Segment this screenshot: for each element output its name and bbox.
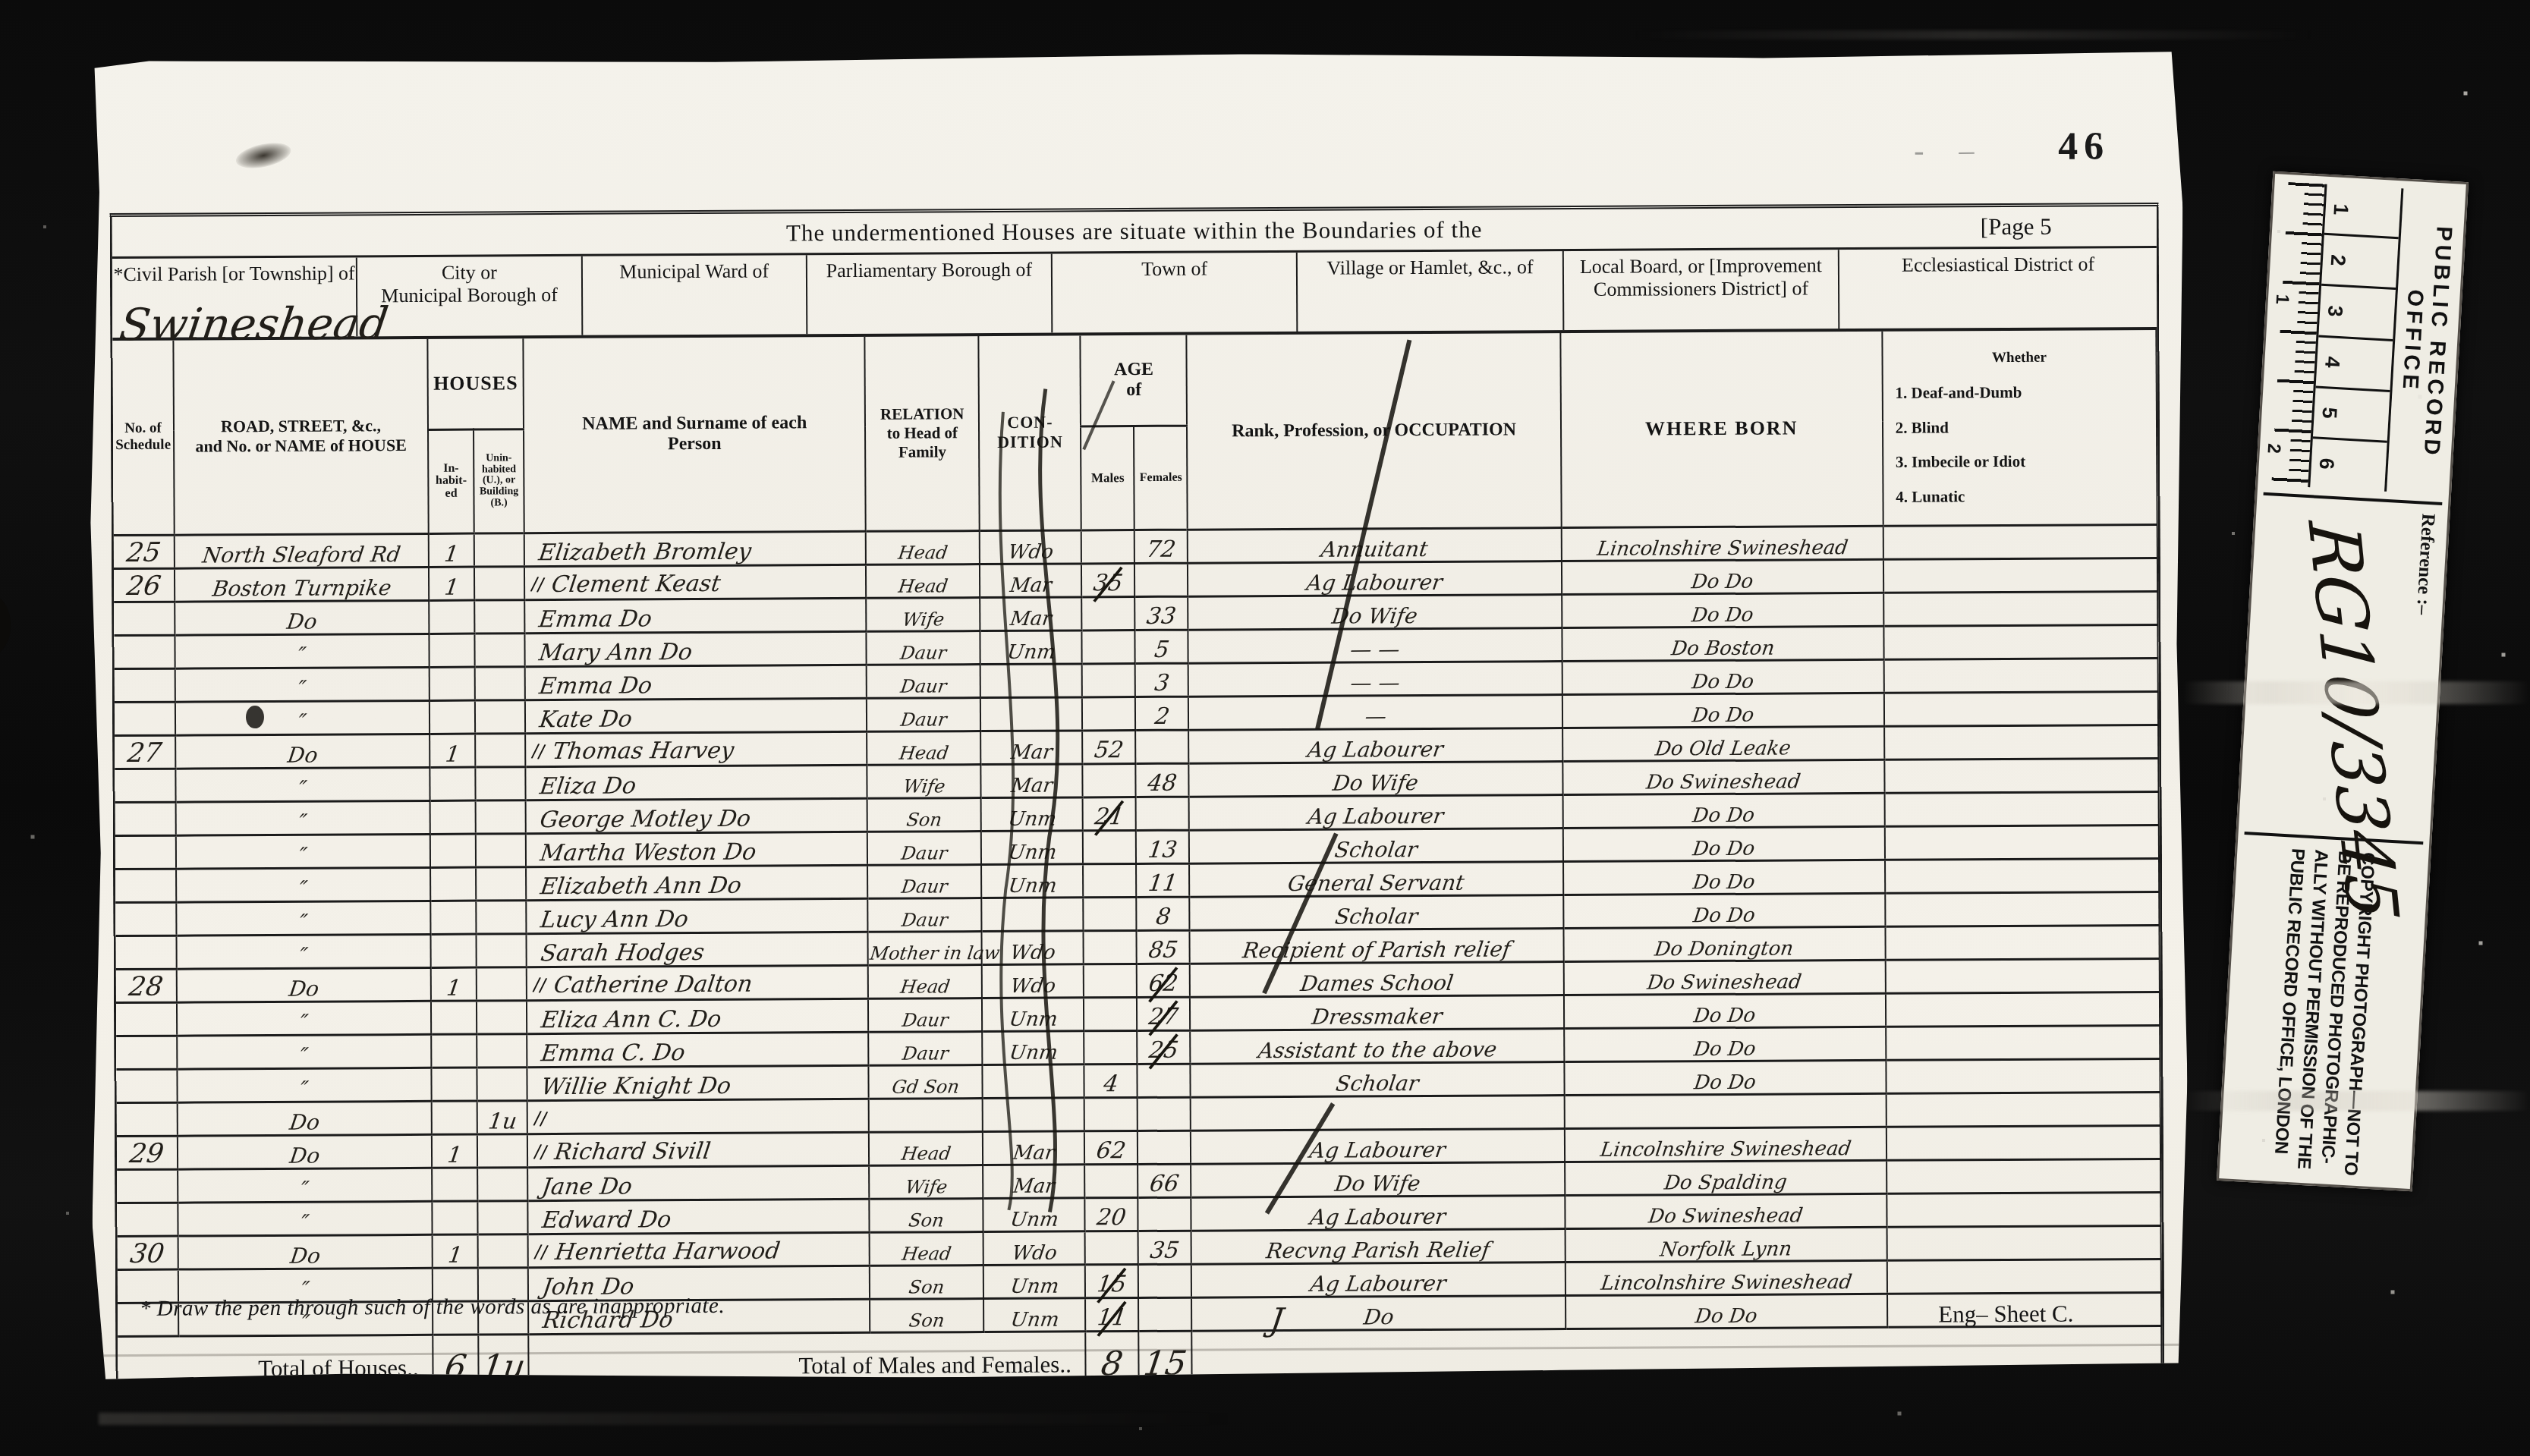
cell-infirmity xyxy=(1883,558,2157,593)
cell-condition: Mar xyxy=(981,764,1083,798)
geo-cell-municipal-ward: Municipal Ward of xyxy=(582,255,807,335)
total-houses-uninhabited: 1u xyxy=(478,1334,528,1399)
col-header-inhabited: In- habit- ed xyxy=(428,429,474,533)
pro-reference-section: Reference :– RG10/3345 xyxy=(2245,492,2443,841)
scan-streak xyxy=(2182,681,2530,704)
cell-relation: Head xyxy=(867,731,980,765)
cell-schedule-number xyxy=(117,1169,178,1203)
cell-infirmity xyxy=(1884,691,2158,726)
cell-road-street: ″ xyxy=(177,1068,431,1102)
cell-houses-inhabited: 1 xyxy=(432,1134,477,1168)
cell-road-street: ″ xyxy=(177,1034,431,1069)
cell-schedule-number xyxy=(115,668,175,702)
cell-age-female xyxy=(1138,1297,1191,1331)
cell-age-female xyxy=(1138,1131,1191,1164)
cell-infirmity xyxy=(1885,858,2159,893)
cell-age-female: 35 xyxy=(1138,1231,1191,1264)
cell-road-street: ″ xyxy=(177,934,431,969)
cell-where-born: Do Do xyxy=(1563,893,1885,928)
cell-houses-inhabited xyxy=(432,1101,477,1134)
cell-infirmity xyxy=(1886,1092,2160,1127)
ink-smudge xyxy=(234,138,294,172)
cell-person-name: //Thomas Harvey xyxy=(525,731,867,766)
cell-infirmity xyxy=(1884,791,2158,826)
cell-where-born: Do Do xyxy=(1562,693,1883,728)
cell-road-street: Boston Turnpike xyxy=(175,567,429,602)
cell-relation: Mother in law xyxy=(868,931,982,965)
cell-person-name: Emma Do xyxy=(524,598,866,633)
cell-person-name: Lucy Ann Do xyxy=(526,898,867,933)
cell-road-street: ″ xyxy=(176,800,430,835)
cell-age-male xyxy=(1082,697,1135,730)
cell-houses-uninhabited xyxy=(474,566,524,599)
cell-where-born: Do Boston xyxy=(1562,626,1883,661)
pro-ruler-section: PUBLIC RECORD OFFICE 1 2 3 4 5 6 1 2 xyxy=(2264,181,2459,495)
cell-condition: Unm xyxy=(981,831,1083,865)
totals-row: Total of Houses.. 6 1u Total of Males an… xyxy=(118,1325,2161,1401)
scanned-census-page: { "page_number": "46", "pencil_marks": "… xyxy=(0,0,2530,1456)
cell-schedule-number xyxy=(115,802,176,835)
cell-where-born: Norfolk Lynn xyxy=(1565,1227,1886,1262)
cell-houses-inhabited xyxy=(430,634,475,667)
cell-road-street: ″ xyxy=(178,1168,432,1203)
cell-condition: Wdo xyxy=(982,964,1084,998)
cell-schedule-number xyxy=(115,869,176,902)
cell-relation: Wife xyxy=(869,1165,983,1199)
cell-person-name: Martha Weston Do xyxy=(526,832,867,866)
cell-age-female xyxy=(1138,1064,1191,1097)
cell-schedule-number: 25 xyxy=(114,535,175,568)
cell-occupation: Ag Labourer xyxy=(1188,561,1561,596)
cell-houses-uninhabited xyxy=(475,733,525,766)
cell-infirmity xyxy=(1885,825,2159,860)
cell-schedule-number: 29 xyxy=(117,1136,178,1169)
cell-road-street: ″ xyxy=(175,767,430,802)
cell-relation: Daur xyxy=(868,898,982,932)
cell-age-male xyxy=(1085,1164,1138,1197)
cell-where-born xyxy=(1564,1093,1886,1128)
census-table: No. of Schedule ROAD, STREET, &c., and N… xyxy=(112,330,2162,1401)
cell-houses-uninhabited xyxy=(477,1167,527,1200)
reference-label: Reference :– xyxy=(2399,513,2438,832)
cell-age-female: 3 xyxy=(1135,663,1188,697)
cell-where-born: Do Do xyxy=(1562,593,1883,627)
cell-condition: Unm xyxy=(981,864,1083,898)
cell-houses-inhabited xyxy=(430,867,476,901)
cell-age-male: 11 xyxy=(1085,1297,1138,1331)
cell-age-female: 2 xyxy=(1135,697,1188,730)
cell-person-name: Sarah Hodges xyxy=(527,932,868,967)
cell-person-name: Eliza Ann C. Do xyxy=(527,998,868,1033)
census-rows: 25 North Sleaford Rd 1 Elizabeth Bromley… xyxy=(114,524,2161,1336)
cell-houses-uninhabited xyxy=(476,866,526,900)
cell-age-female xyxy=(1138,1197,1191,1231)
cell-infirmity xyxy=(1884,725,2158,759)
cell-condition: Mar xyxy=(980,731,1082,765)
cell-where-born: Do Do xyxy=(1563,860,1885,895)
cell-road-street: ″ xyxy=(176,867,430,902)
cell-person-name: Emma C. Do xyxy=(527,1032,868,1067)
cell-condition: Mar xyxy=(983,1131,1084,1165)
cell-occupation: Do xyxy=(1191,1295,1565,1331)
cell-condition: Unm xyxy=(983,1198,1085,1232)
cell-age-female xyxy=(1138,1097,1191,1131)
cell-infirmity xyxy=(1886,992,2160,1027)
cell-relation: Daur xyxy=(867,664,980,698)
cell-schedule-number xyxy=(114,602,175,635)
cell-houses-uninhabited xyxy=(475,666,525,700)
cell-infirmity xyxy=(1883,591,2157,626)
cell-where-born: Lincolnshire Swineshead xyxy=(1561,526,1883,561)
cell-houses-inhabited xyxy=(430,800,476,834)
cell-age-male xyxy=(1084,897,1137,930)
cell-person-name: Kate Do xyxy=(525,698,867,733)
col-header-relation: RELATION to Head of Family xyxy=(865,336,980,531)
cell-age-male xyxy=(1082,630,1135,663)
cell-occupation: — xyxy=(1188,694,1562,730)
cell-age-male xyxy=(1082,663,1135,697)
cell-condition: Unm xyxy=(981,797,1083,832)
cell-relation: Son xyxy=(870,1298,983,1332)
cell-age-male xyxy=(1084,964,1137,997)
scan-streak xyxy=(99,1413,1237,1425)
geo-cell-local-board: Local Board, or [Improvement Commissione… xyxy=(1563,250,1839,330)
cell-occupation: Annuitant xyxy=(1188,527,1561,563)
cell-relation: Daur xyxy=(867,864,981,898)
cell-person-name: Elizabeth Ann Do xyxy=(526,865,867,900)
cell-condition: Mar xyxy=(980,564,1081,598)
cell-houses-uninhabited xyxy=(476,900,526,933)
cell-occupation: Dressmaker xyxy=(1190,995,1563,1030)
cell-relation: Head xyxy=(868,964,982,998)
cell-infirmity xyxy=(1885,958,2159,993)
cell-condition: Unm xyxy=(980,631,1082,665)
cell-houses-uninhabited xyxy=(477,1200,527,1234)
cell-where-born: Do Do xyxy=(1566,1294,1887,1329)
cell-person-name: //Henrietta Harwood xyxy=(528,1232,870,1267)
col-header-occupation: Rank, Profession, or OCCUPATION xyxy=(1187,333,1562,530)
cell-age-female xyxy=(1134,563,1188,596)
cell-occupation: Scholar xyxy=(1191,1061,1564,1097)
cell-where-born: Do Old Leake xyxy=(1562,726,1884,761)
cell-occupation: Scholar xyxy=(1189,828,1562,863)
col-header-males: Males xyxy=(1081,426,1134,530)
cell-where-born: Do Do xyxy=(1562,826,1884,861)
cell-relation: Son xyxy=(870,1265,983,1299)
cell-person-name: Jane Do xyxy=(527,1165,869,1200)
cell-age-female: 8 xyxy=(1137,897,1190,930)
cell-where-born: Do Donington xyxy=(1563,926,1885,961)
cell-condition xyxy=(980,664,1082,698)
cell-condition: Unm xyxy=(982,998,1084,1032)
cell-infirmity xyxy=(1885,892,2159,926)
cell-road-street: ″ xyxy=(175,634,429,668)
cell-schedule-number xyxy=(117,1102,178,1136)
cell-infirmity xyxy=(1883,658,2157,693)
col-header-uninhabited: Unin- habited (U.), or Building (B.) xyxy=(474,429,524,533)
census-sheet: 46 - – The undermentioned Houses are sit… xyxy=(86,49,2189,1382)
cell-where-born: Do Do xyxy=(1564,1027,1886,1061)
civil-parish-value: Swineshead xyxy=(117,301,391,347)
cell-houses-inhabited: 1 xyxy=(433,1234,478,1268)
cell-relation: Gd Son xyxy=(869,1064,983,1099)
cell-infirmity xyxy=(1884,758,2158,793)
geo-cell-village-hamlet: Village or Hamlet, &c., of xyxy=(1298,251,1564,332)
col-header-condition: CON- DITION xyxy=(979,335,1081,530)
cell-occupation: General Servant xyxy=(1189,861,1562,897)
cell-occupation: Ag Labourer xyxy=(1191,1262,1565,1297)
total-females: 15 xyxy=(1139,1331,1192,1396)
pencil-marks: - – xyxy=(1914,132,1988,168)
cell-houses-inhabited xyxy=(429,600,474,634)
cell-person-name: //Clement Keast xyxy=(524,564,866,599)
cell-houses-uninhabited xyxy=(478,1234,528,1267)
cell-where-born: Do Do xyxy=(1562,559,1883,594)
cell-infirmity xyxy=(1885,925,2159,960)
cell-age-female: 62 xyxy=(1137,964,1190,997)
cell-person-name: Emma Do xyxy=(525,665,867,700)
cell-houses-uninhabited xyxy=(474,599,524,633)
col-header-road: ROAD, STREET, &c., and No. or NAME of HO… xyxy=(173,339,428,535)
cell-condition: Unm xyxy=(983,1265,1085,1299)
col-header-name: NAME and Surname of each Person xyxy=(524,337,866,533)
cell-houses-uninhabited xyxy=(475,633,525,666)
cell-occupation: Assistant to the above xyxy=(1191,1028,1564,1064)
geography-header-row: *Civil Parish [or Township] of Swineshea… xyxy=(112,248,2157,341)
cell-occupation xyxy=(1191,1095,1564,1131)
total-houses-inhabited: 6 xyxy=(433,1335,478,1400)
cell-condition: Wdo xyxy=(980,530,1081,564)
cell-houses-uninhabited xyxy=(477,933,527,967)
cell-age-male xyxy=(1084,1030,1138,1064)
page-number: 46 xyxy=(2058,124,2110,168)
cell-occupation: Recvng Parish Relief xyxy=(1191,1228,1565,1264)
cell-houses-inhabited xyxy=(430,901,476,934)
cell-condition: Unm xyxy=(983,1031,1084,1065)
cell-condition: Mar xyxy=(983,1165,1084,1199)
cell-age-female: 33 xyxy=(1135,596,1188,630)
cell-occupation: Ag Labourer xyxy=(1191,1195,1565,1231)
cell-where-born: Do Do xyxy=(1564,993,1886,1028)
cell-age-male xyxy=(1084,1097,1138,1131)
cell-where-born: Lincolnshire Swineshead xyxy=(1564,1127,1886,1162)
cell-person-name: Elizabeth Bromley xyxy=(524,531,866,566)
cell-road-street: Do xyxy=(178,1134,432,1169)
cell-road-street: ″ xyxy=(175,667,430,702)
cell-condition xyxy=(982,898,1084,932)
cell-age-female xyxy=(1136,797,1189,830)
cell-infirmity xyxy=(1886,1025,2160,1060)
cell-relation: Head xyxy=(870,1231,983,1266)
cell-houses-inhabited xyxy=(432,1201,477,1234)
cell-person-name: Edward Do xyxy=(527,1199,869,1234)
cell-schedule-number xyxy=(115,902,176,936)
cell-houses-inhabited xyxy=(431,1001,477,1034)
cell-schedule-number xyxy=(117,1203,178,1236)
cell-where-born: Do Do xyxy=(1564,1060,1886,1095)
cell-houses-uninhabited xyxy=(475,766,525,800)
geo-cell-municipal-borough: City or Municipal Borough of xyxy=(357,256,583,337)
col-header-infirmity: Whether 1. Deaf-and-Dumb 2. Blind 3. Imb… xyxy=(1882,330,2157,526)
cell-age-male: 52 xyxy=(1083,730,1136,763)
cell-houses-uninhabited xyxy=(477,1067,527,1100)
cell-age-male xyxy=(1081,530,1134,563)
cell-where-born: Do Swineshead xyxy=(1563,960,1885,995)
cell-road-street: Do xyxy=(177,967,431,1002)
cell-road-street: ″ xyxy=(177,1001,431,1036)
cell-road-street: North Sleaford Rd xyxy=(175,533,429,568)
cell-road-street: Do xyxy=(178,1101,432,1136)
cell-relation: Daur xyxy=(867,831,981,865)
cell-relation: Wife xyxy=(867,764,981,798)
cell-relation: Head xyxy=(866,530,980,564)
cell-occupation: Do Wife xyxy=(1189,761,1562,797)
cell-schedule-number xyxy=(114,635,175,668)
pro-office-title: PUBLIC RECORD OFFICE xyxy=(2391,189,2458,495)
cell-houses-inhabited xyxy=(431,1034,477,1068)
cell-houses-inhabited: 1 xyxy=(429,533,474,567)
cell-occupation: Ag Labourer xyxy=(1189,794,1562,830)
cell-schedule-number xyxy=(115,835,176,869)
cell-person-name: Willie Knight Do xyxy=(527,1065,869,1100)
cell-age-female: 13 xyxy=(1136,830,1189,863)
cell-road-street: Do xyxy=(175,600,429,635)
cell-relation xyxy=(869,1098,983,1132)
cell-age-male xyxy=(1083,763,1136,797)
cell-age-male: 4 xyxy=(1084,1064,1138,1097)
geo-cell-civil-parish: *Civil Parish [or Township] of Swineshea… xyxy=(112,257,358,338)
total-houses-label: Total of Houses.. xyxy=(118,1335,433,1401)
cell-where-born: Do Spalding xyxy=(1565,1160,1886,1195)
cell-condition xyxy=(980,697,1082,731)
cell-road-street: ″ xyxy=(176,834,430,869)
cell-houses-uninhabited xyxy=(476,833,526,866)
cell-occupation: Do Wife xyxy=(1191,1162,1565,1197)
cell-infirmity xyxy=(1887,1259,2161,1294)
cell-occupation: Do Wife xyxy=(1188,594,1562,630)
cell-person-name: Mary Ann Do xyxy=(525,631,867,666)
cell-age-female: 66 xyxy=(1138,1164,1191,1197)
cell-age-female: 48 xyxy=(1136,763,1189,797)
col-header-where-born: WHERE BORN xyxy=(1560,332,1883,527)
total-males-females-label: Total of Males and Females.. xyxy=(528,1332,1086,1400)
cell-infirmity xyxy=(1886,1125,2160,1160)
cell-houses-inhabited xyxy=(432,1168,477,1201)
cell-occupation: Dames School xyxy=(1190,961,1563,997)
cell-age-male xyxy=(1083,830,1136,863)
cell-relation: Head xyxy=(866,564,980,598)
cell-age-male: 21 xyxy=(1083,797,1136,830)
cell-relation: Son xyxy=(867,797,981,832)
cell-houses-uninhabited xyxy=(477,1033,527,1067)
cell-age-female: 27 xyxy=(1137,997,1190,1030)
cell-relation: Son xyxy=(870,1198,983,1232)
cell-occupation: Scholar xyxy=(1190,895,1563,930)
cell-age-female xyxy=(1136,730,1189,763)
cell-infirmity xyxy=(1886,1058,2160,1093)
totals-empty xyxy=(1192,1325,2162,1396)
cell-houses-inhabited xyxy=(432,1068,477,1101)
geo-cell-ecclesiastical-district: Ecclesiastical District of xyxy=(1839,248,2157,329)
cell-person-name: George Motley Do xyxy=(526,798,867,833)
cell-schedule-number xyxy=(115,769,175,802)
cell-condition xyxy=(983,1064,1084,1099)
census-table-frame: The undermentioned Houses are situate wi… xyxy=(110,203,2165,1404)
cell-condition: Unm xyxy=(983,1298,1085,1332)
page-reference: [Page 5 xyxy=(1981,213,2052,241)
cell-houses-inhabited: 1 xyxy=(430,734,475,767)
geo-cell-town: Town of xyxy=(1053,253,1298,333)
cell-schedule-number xyxy=(116,1069,177,1102)
cell-houses-uninhabited xyxy=(474,533,524,566)
cell-age-male xyxy=(1082,596,1135,630)
cell-age-male: 15 xyxy=(1085,1264,1138,1297)
scan-streak xyxy=(2182,1091,2530,1111)
cell-houses-inhabited: 1 xyxy=(429,567,474,600)
cell-occupation: — — xyxy=(1188,627,1562,663)
cell-schedule-number xyxy=(116,936,177,969)
cell-condition: Mar xyxy=(980,597,1082,631)
col-header-schedule: No. of Schedule xyxy=(112,341,174,536)
scan-speckles xyxy=(0,0,2,2)
cell-relation: Daur xyxy=(867,631,980,665)
total-males: 8 xyxy=(1086,1331,1139,1396)
cell-houses-uninhabited xyxy=(477,1134,527,1167)
cell-infirmity xyxy=(1886,1192,2160,1227)
cell-where-born: Do Do xyxy=(1562,793,1884,828)
cell-person-name: //Catherine Dalton xyxy=(527,965,868,1000)
cell-road-street: ″ xyxy=(175,700,430,735)
cell-age-male xyxy=(1083,863,1136,897)
cell-houses-inhabited xyxy=(430,667,475,700)
cell-houses-inhabited xyxy=(431,934,477,967)
cell-road-street: Do xyxy=(175,734,430,769)
cell-age-male xyxy=(1085,1231,1138,1264)
cell-age-female: 5 xyxy=(1135,630,1188,663)
cell-houses-inhabited xyxy=(430,834,476,867)
cell-schedule-number xyxy=(115,702,175,735)
cell-schedule-number: 26 xyxy=(114,568,175,602)
col-header-age: AGE of xyxy=(1081,335,1188,426)
cell-road-street: ″ xyxy=(176,901,430,936)
cell-occupation: — — xyxy=(1188,661,1562,697)
cell-age-male xyxy=(1084,930,1137,964)
cell-infirmity xyxy=(1886,1159,2160,1193)
cell-age-female: 11 xyxy=(1136,863,1189,897)
sheet-label: Eng– Sheet C. xyxy=(1938,1300,2073,1329)
col-header-females: Females xyxy=(1134,426,1188,530)
cell-age-male: 62 xyxy=(1084,1131,1138,1164)
cell-infirmity xyxy=(1886,1225,2160,1260)
cell-houses-uninhabited xyxy=(477,967,527,1000)
cell-age-female: 25 xyxy=(1138,1030,1191,1064)
cell-houses-uninhabited: 1u xyxy=(477,1100,527,1134)
cell-schedule-number: 30 xyxy=(118,1236,178,1269)
cell-houses-inhabited xyxy=(430,767,475,800)
cell-relation: Wife xyxy=(866,597,980,631)
cell-age-female: 72 xyxy=(1134,530,1188,563)
cell-condition: Wdo xyxy=(983,1231,1085,1266)
scan-streak xyxy=(1632,30,2314,39)
cell-age-male: 35 xyxy=(1081,563,1134,596)
cell-age-male: 20 xyxy=(1085,1197,1138,1231)
cell-relation: Daur xyxy=(868,998,982,1032)
cell-age-female xyxy=(1138,1264,1191,1297)
cell-road-street: Do xyxy=(178,1234,433,1269)
cell-occupation: Ag Labourer xyxy=(1189,728,1562,763)
col-header-houses: HOUSES xyxy=(428,338,524,429)
cell-where-born: Do Do xyxy=(1562,659,1883,694)
